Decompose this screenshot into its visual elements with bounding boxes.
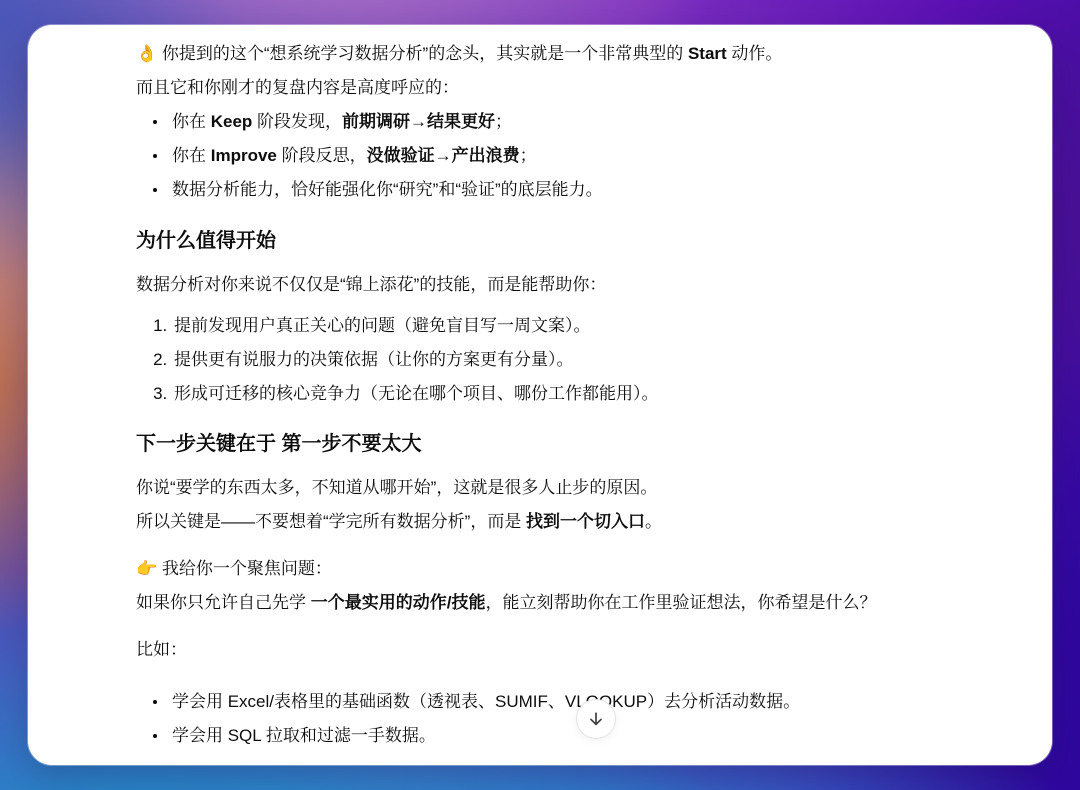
scroll-to-bottom-button[interactable] (576, 699, 616, 739)
list-item: 你在 Improve 阶段反思，没做验证→产出浪费； (172, 139, 972, 173)
next-step-line-2: 所以关键是——不要想着“学完所有数据分析”，而是 找到一个切入口。 (136, 505, 972, 539)
intro-line-2: 而且它和你刚才的复盘内容是高度呼应的： (136, 71, 972, 105)
down-arrow-icon (586, 709, 606, 729)
examples-bullet-list: 学会用 Excel/表格里的基础函数（透视表、SUMIF、VLOOKUP）去分析… (136, 685, 972, 753)
review-bullet-list: 你在 Keep 阶段发现，前期调研→结果更好； 你在 Improve 阶段反思，… (136, 105, 972, 207)
focus-question-line-2: 如果你只允许自己先学 一个最实用的动作/技能，能立刻帮助你在工作里验证想法，你希… (136, 586, 972, 620)
list-item: 你在 Keep 阶段发现，前期调研→结果更好； (172, 105, 972, 139)
list-item: 数据分析能力，恰好能强化你“研究”和“验证”的底层能力。 (172, 173, 972, 207)
why-paragraph: 数据分析对你来说不仅仅是“锦上添花”的技能，而是能帮助你： (136, 268, 972, 302)
focus-question-line-1: 👉 我给你一个聚焦问题： (136, 552, 972, 586)
list-item: 学会用 Excel/表格里的基础函数（透视表、SUMIF、VLOOKUP）去分析… (172, 685, 972, 719)
list-item: 学会用 SQL 拉取和过滤一手数据。 (172, 719, 972, 753)
chat-message-card: 👌 你提到的这个“想系统学习数据分析”的念头，其实就是一个非常典型的 Start… (28, 25, 1052, 765)
next-step-line-1: 你说“要学的东西太多，不知道从哪开始”，这就是很多人止步的原因。 (136, 471, 972, 505)
focus-question-paragraph: 👉 我给你一个聚焦问题： 如果你只允许自己先学 一个最实用的动作/技能，能立刻帮… (136, 552, 972, 620)
section-heading-why-start: 为什么值得开始 (136, 227, 972, 255)
list-item: 提前发现用户真正关心的问题（避免盲目写一周文案）。 (172, 309, 972, 343)
ok-hand-emoji-icon: 👌 (136, 44, 157, 63)
for-example-label: 比如： (136, 633, 972, 667)
section-heading-next-step: 下一步关键在于 第一步不要太大 (136, 430, 972, 458)
benefits-numbered-list: 提前发现用户真正关心的问题（避免盲目写一周文案）。 提供更有说服力的决策依据（让… (136, 309, 972, 411)
list-item: 提供更有说服力的决策依据（让你的方案更有分量）。 (172, 343, 972, 377)
pointing-right-emoji-icon: 👉 (136, 559, 157, 578)
next-step-paragraph: 你说“要学的东西太多，不知道从哪开始”，这就是很多人止步的原因。 所以关键是——… (136, 471, 972, 539)
intro-line-1: 👌 你提到的这个“想系统学习数据分析”的念头，其实就是一个非常典型的 Start… (136, 37, 972, 71)
list-item: 形成可迁移的核心竞争力（无论在哪个项目、哪份工作都能用）。 (172, 377, 972, 411)
intro-paragraph: 👌 你提到的这个“想系统学习数据分析”的念头，其实就是一个非常典型的 Start… (136, 37, 972, 105)
assistant-message: 👌 你提到的这个“想系统学习数据分析”的念头，其实就是一个非常典型的 Start… (136, 37, 972, 753)
